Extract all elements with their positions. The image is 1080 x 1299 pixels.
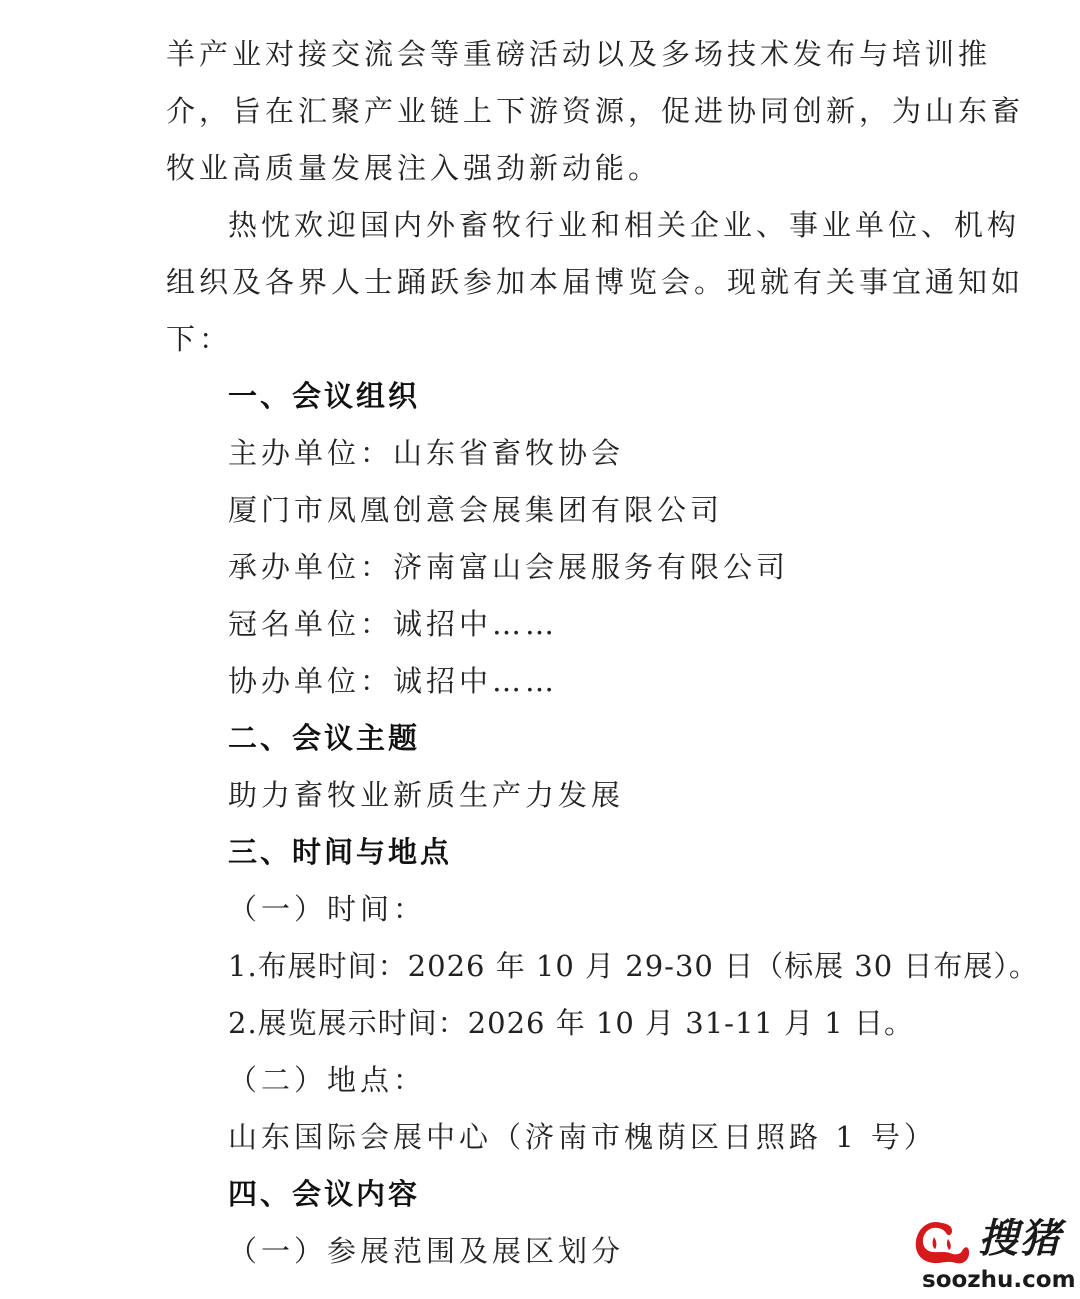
document-page: 羊产业对接交流会等重磅活动以及多场技术发布与培训推 介，旨在汇聚产业链上下游资源… [0,0,1080,1299]
section-heading-content: 四、会议内容 [228,1176,420,1212]
section-heading-time-place: 三、时间与地点 [228,834,452,870]
subheading-time: （一）时间： [228,891,426,927]
organizer-title-sponsor: 冠名单位：诚招中…… [228,606,558,642]
invitation-line-2: 组织及各界人士踊跃参加本届博览会。现就有关事宜通知如 [166,264,1024,300]
organizer-host: 主办单位：山东省畜牧协会 [228,435,624,471]
theme-text: 助力畜牧业新质生产力发展 [228,777,624,813]
setup-time: 1.布展时间：2026 年 10 月 29-30 日（标展 30 日布展）。 [228,948,1039,984]
organizer-undertaker: 承办单位：济南富山会展服务有限公司 [228,549,789,585]
section-heading-theme: 二、会议主题 [228,720,420,756]
brand-name-cn: 搜猪 [978,1213,1062,1265]
venue-address: 山东国际会展中心（济南市槐荫区日照路 1 号） [228,1119,937,1155]
intro-line-3: 牧业高质量发展注入强劲新动能。 [166,150,661,186]
organizer-co-organizer: 协办单位：诚招中…… [228,663,558,699]
intro-line-2: 介，旨在汇聚产业链上下游资源，促进协同创新，为山东畜 [166,93,1024,129]
section-heading-organization: 一、会议组织 [228,378,420,414]
subheading-place: （二）地点： [228,1062,426,1098]
intro-line-1: 羊产业对接交流会等重磅活动以及多场技术发布与培训推 [166,36,991,72]
organizer-cohost: 厦门市凤凰创意会展集团有限公司 [228,492,723,528]
subheading-exhibit-scope: （一）参展范围及展区划分 [228,1233,624,1269]
pig-face-brush-icon [912,1217,974,1267]
exhibition-time: 2.展览展示时间：2026 年 10 月 31-11 月 1 日。 [228,1005,914,1041]
brand-name-en: soozhu.com [922,1267,1076,1293]
invitation-line-3: 下： [166,321,232,357]
invitation-line-1: 热忱欢迎国内外畜牧行业和相关企业、事业单位、机构 [228,207,1020,243]
soozhu-watermark-logo: 搜猪 soozhu.com [912,1213,1077,1295]
